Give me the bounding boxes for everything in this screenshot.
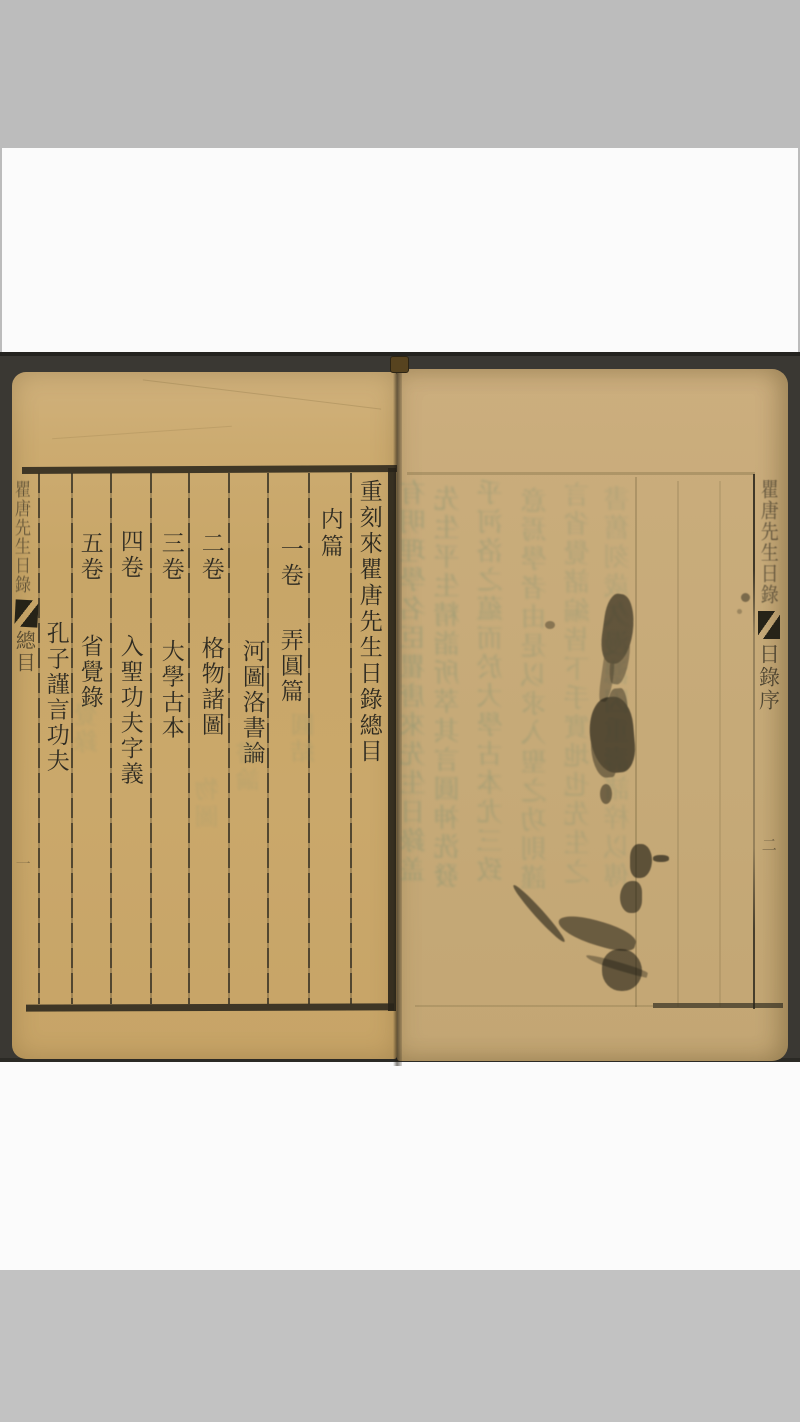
- section-label: 日錄序: [756, 643, 780, 712]
- ink-stain: [741, 593, 750, 602]
- right-page: 有明理學名臣瞿唐來先生日錄盖 先生平生精詣所萃其言圓神洗發 乎河洛之藴而於大學古…: [397, 369, 788, 1061]
- scanner-margin-bottom: [0, 1062, 800, 1270]
- ink-stain: [545, 621, 555, 629]
- toc-entry-volume: 二卷: [197, 531, 223, 583]
- spine-title: 瞿唐先生日錄: [12, 480, 30, 594]
- ink-stain: [602, 949, 642, 991]
- spine-title: 瞿唐先生日錄: [758, 479, 778, 605]
- ghost-column: 先生平生精詣所萃其言圓神洗發: [436, 485, 463, 891]
- toc-entry-work: 省覺錄: [76, 634, 102, 711]
- section-heading: 内篇: [316, 507, 342, 561]
- leaf-number: 二: [760, 837, 777, 852]
- toc-entry-volume: 一卷: [276, 537, 302, 589]
- background-bottom: [0, 1270, 800, 1422]
- crease-line: [635, 477, 637, 1007]
- ghost-column: 圓結: [293, 712, 318, 766]
- ghost-column: 物圖: [197, 777, 222, 831]
- ghost-column: 書舊刻歲久漫漶因重壽諸梓以傳: [606, 485, 633, 891]
- column-rule: [38, 473, 40, 1004]
- toc-entry-work: 入聖功夫字義: [116, 634, 142, 787]
- screenshot-root: { "background": { "top_gray": "#bcbcbc",…: [0, 0, 800, 1422]
- ghost-column: 書論: [238, 740, 263, 794]
- scanner-margin-top: [2, 148, 798, 352]
- fishtail-icon: [758, 611, 780, 639]
- toc-entry-work: 孔子謹言功夫: [42, 621, 68, 774]
- column-rule: [150, 473, 152, 1004]
- ghost-column: 覺錄: [76, 702, 101, 756]
- section-label: 總目: [13, 630, 35, 674]
- toc-entry-volume: 五卷: [76, 531, 102, 583]
- ghost-frame-line: [415, 1005, 653, 1007]
- ink-stain: [620, 881, 642, 913]
- ink-stain: [653, 855, 669, 862]
- ghost-column: 有明理學名臣瞿唐來先生日錄盖: [402, 479, 429, 885]
- ghost-column: 乎河洛之藴而於大學古本尤三致: [479, 479, 506, 885]
- frame-top-border: [22, 465, 397, 474]
- book-scan: 瞿唐先生日錄 總目 一 重刻來瞿唐先生日錄總目 内篇 一卷 弄圓篇 河圖洛書論 …: [0, 352, 800, 1062]
- banxin-border: [753, 474, 755, 1009]
- crease-line: [719, 481, 721, 1007]
- column-rule: [267, 473, 269, 1004]
- ink-stain: [600, 784, 612, 804]
- fishtail-icon: [14, 599, 38, 627]
- column-rule: [188, 473, 190, 1004]
- ghost-column: 言省覺諸編皆下手實地也先生之: [566, 481, 593, 887]
- page-title-column: 重刻來瞿唐先生日錄總目: [355, 479, 381, 765]
- column-rule: [350, 473, 352, 1004]
- toc-entry-volume: 四卷: [116, 529, 142, 581]
- crease-line: [52, 426, 232, 440]
- crease-line: [677, 481, 679, 1007]
- toc-entry-work: 弄圓篇: [276, 628, 302, 705]
- column-rule: [228, 473, 230, 1004]
- binding-knot: [390, 356, 409, 373]
- leaf-number: 一: [14, 856, 31, 871]
- ghost-frame-line: [407, 472, 755, 475]
- ink-stain: [630, 844, 652, 878]
- toc-entry-volume: 三卷: [157, 531, 183, 583]
- toc-entry-work: 大學古本: [157, 639, 183, 741]
- column-rule: [110, 473, 112, 1004]
- spine-fold: [393, 356, 402, 1066]
- left-page: 瞿唐先生日錄 總目 一 重刻來瞿唐先生日錄總目 内篇 一卷 弄圓篇 河圖洛書論 …: [12, 372, 397, 1059]
- column-rule: [71, 473, 73, 1004]
- toc-entry-work: 格物諸圖: [197, 636, 223, 738]
- frame-bottom-border: [26, 1003, 394, 1011]
- frame-bottom-border: [653, 1003, 783, 1008]
- ghost-column: 意焉學者由是以求入聖之功則謹: [523, 487, 550, 893]
- crease-line: [143, 379, 381, 409]
